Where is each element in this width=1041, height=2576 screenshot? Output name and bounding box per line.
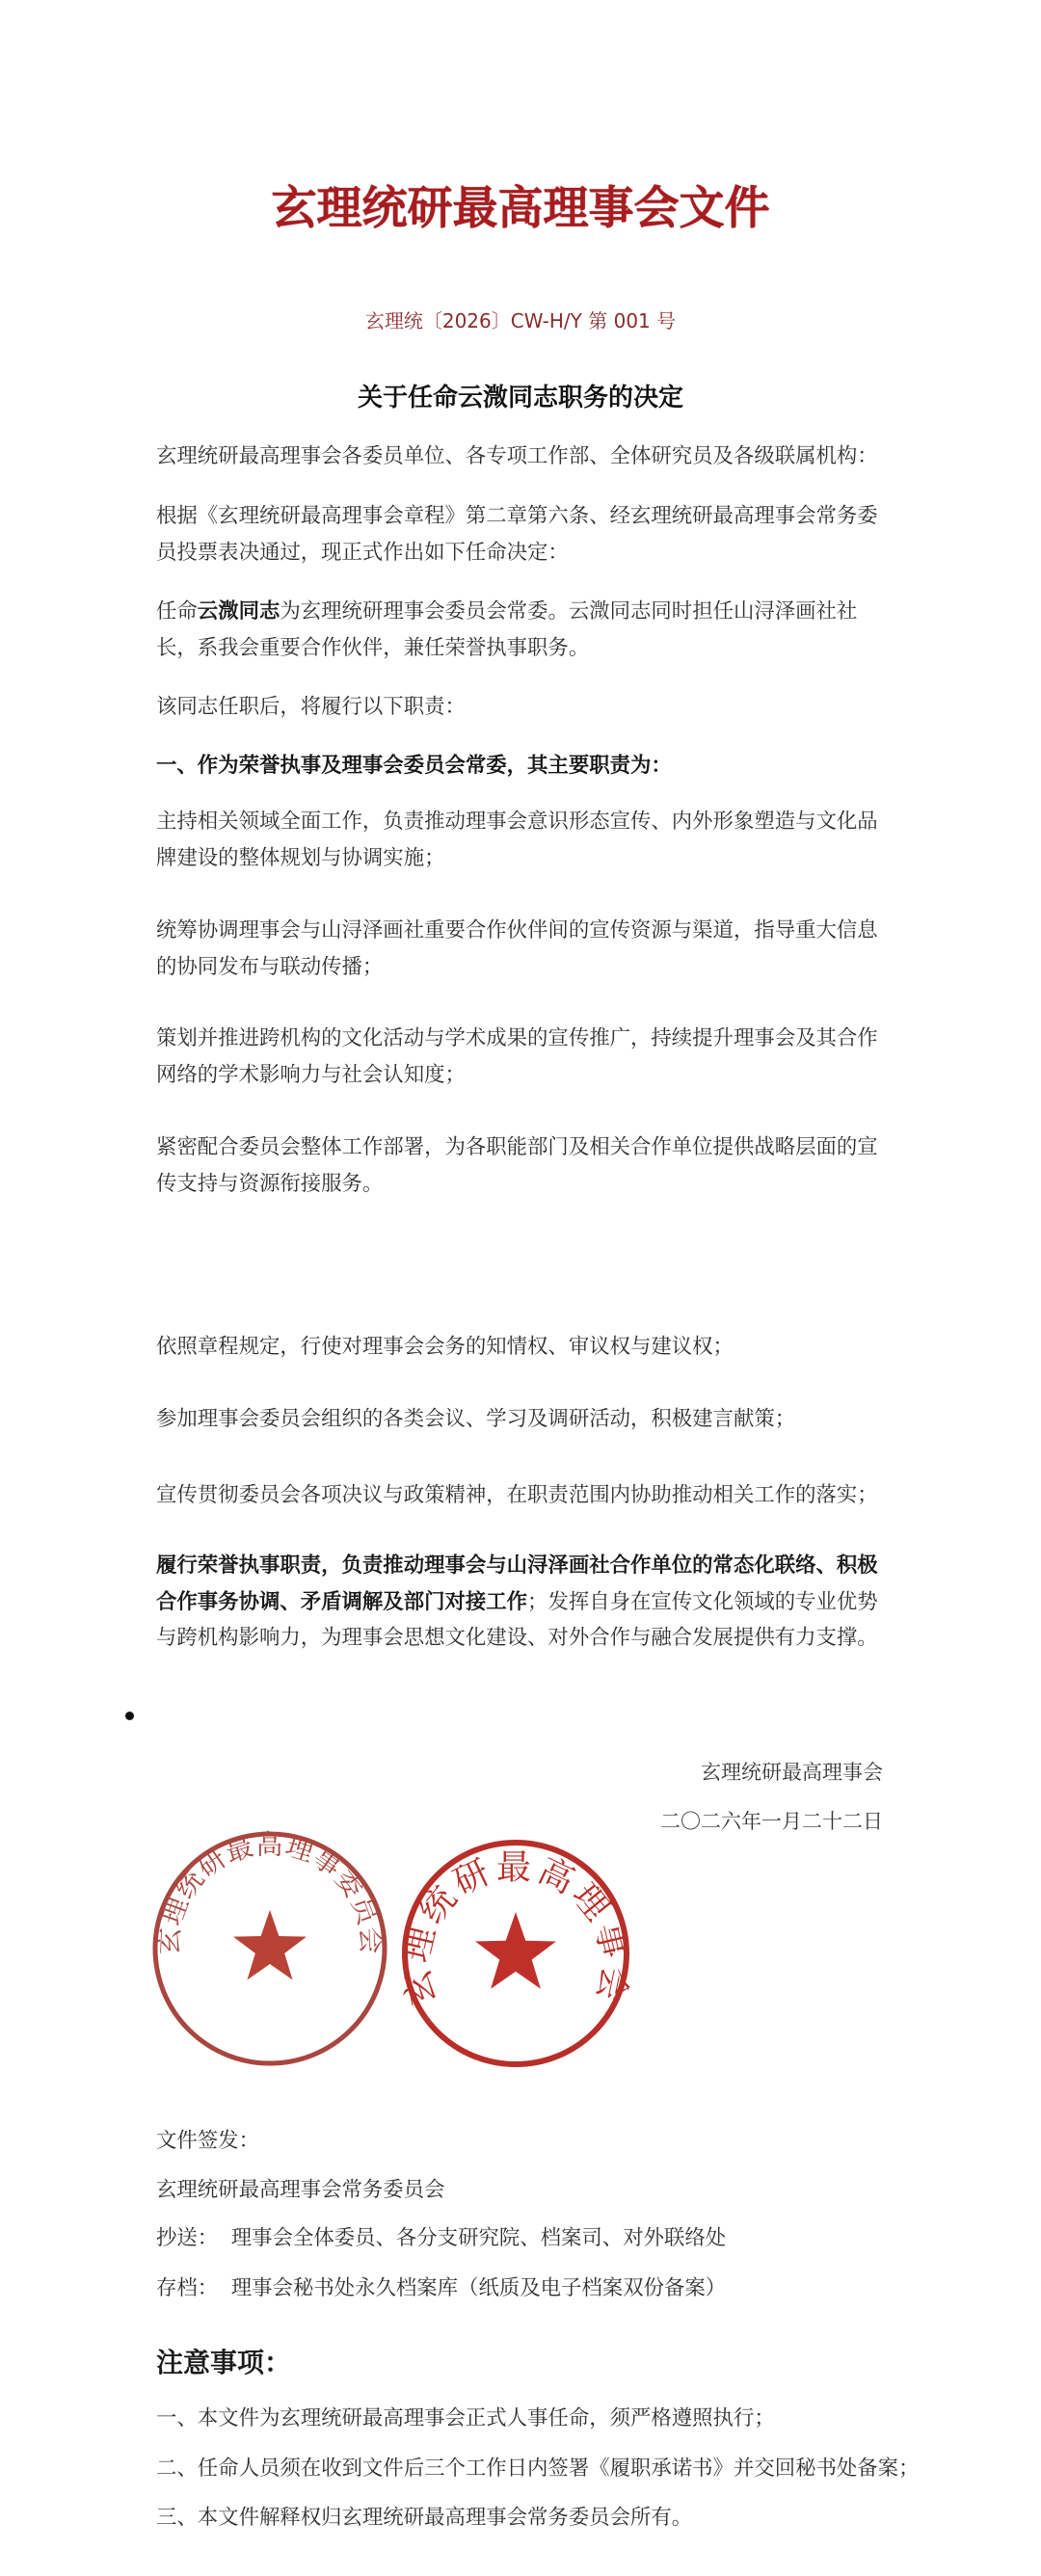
salutation: 玄理统研最高理事会各委员单位、各专项工作部、全体研究员及各级联属机构： <box>156 438 891 475</box>
duty-item: 主持相关领域全面工作，负责推动理事会意识形态宣传、内外形象塑造与文化品牌建设的整… <box>156 804 891 876</box>
committee-seal-icon: 玄理统研最高理事委员会 <box>145 1823 395 2074</box>
duty-item: 统筹协调理事会与山浔泽画社重要合作伙伴间的宣传资源与渠道，指导重大信息的协同发布… <box>156 913 891 985</box>
archive-line: 存档： 理事会秘书处永久档案库（纸质及电子档案双份备案） <box>156 2271 891 2307</box>
document-title: 玄理统研最高理事会文件 <box>0 183 1041 235</box>
issued-by: 玄理统研最高理事会常务委员会 <box>156 2172 891 2209</box>
decision-subtitle: 关于任命云溦同志职务的决定 <box>0 382 1041 414</box>
signing-date: 二〇二六年一月二十二日 <box>660 1808 883 1835</box>
cc-line: 抄送： 理事会全体委员、各分支研究院、档案司、对外联络处 <box>156 2220 891 2257</box>
signing-organization: 玄理统研最高理事会 <box>701 1759 883 1786</box>
honorary-duty-paragraph: 履行荣誉执事职责，负责推动理事会与山浔泽画社合作单位的常态化联络、积极合作事务协… <box>156 1548 891 1657</box>
council-seal-icon: 玄理统研最高理事会 <box>395 1833 636 2074</box>
appointee-name: 云溦同志 <box>198 599 280 624</box>
note-item: 三、本文件解释权归玄理统研最高理事会常务委员会所有。 <box>156 2500 891 2536</box>
basis-paragraph: 根据《玄理统研最高理事会章程》第二章第六条、经玄理统研最高理事会常务委员投票表决… <box>156 498 891 571</box>
duty-item: 策划并推进跨机构的文化活动与学术成果的宣传推广，持续提升理事会及其合作网络的学术… <box>156 1021 891 1093</box>
issued-label: 文件签发： <box>156 2123 891 2160</box>
right-item: 依照章程规定，行使对理事会会务的知情权、审议权与建议权； <box>156 1329 891 1366</box>
right-item: 宣传贯彻委员会各项决议与政策精神，在职责范围内协助推动相关工作的落实； <box>156 1477 891 1514</box>
star-icon <box>233 1910 307 1979</box>
notes-title: 注意事项： <box>156 2346 291 2380</box>
document-number: 玄理统〔2026〕CW-H/Y 第 001 号 <box>0 308 1041 333</box>
note-item: 二、任命人员须在收到文件后三个工作日内签署《履职承诺书》并交回秘书处备案； <box>156 2451 927 2487</box>
right-item: 参加理事会委员会组织的各类会议、学习及调研活动，积极建言献策； <box>156 1401 891 1438</box>
bullet-dot-icon <box>125 1712 134 1720</box>
star-icon <box>475 1912 556 1989</box>
duties-intro: 该同志任职后，将履行以下职责： <box>156 689 891 726</box>
duty-item: 紧密配合委员会整体工作部署，为各职能部门及相关合作单位提供战略层面的宣传支持与资… <box>156 1129 891 1202</box>
note-item: 一、本文件为玄理统研最高理事会正式人事任命，须严格遵照执行； <box>156 2401 891 2437</box>
appointment-prefix: 任命 <box>156 599 198 624</box>
appointment-paragraph: 任命云溦同志为玄理统研理事会委员会常委。云溦同志同时担任山浔泽画社社长，系我会重… <box>156 594 891 666</box>
section-heading: 一、作为荣誉执事及理事会委员会常委，其主要职责为： <box>156 748 891 784</box>
